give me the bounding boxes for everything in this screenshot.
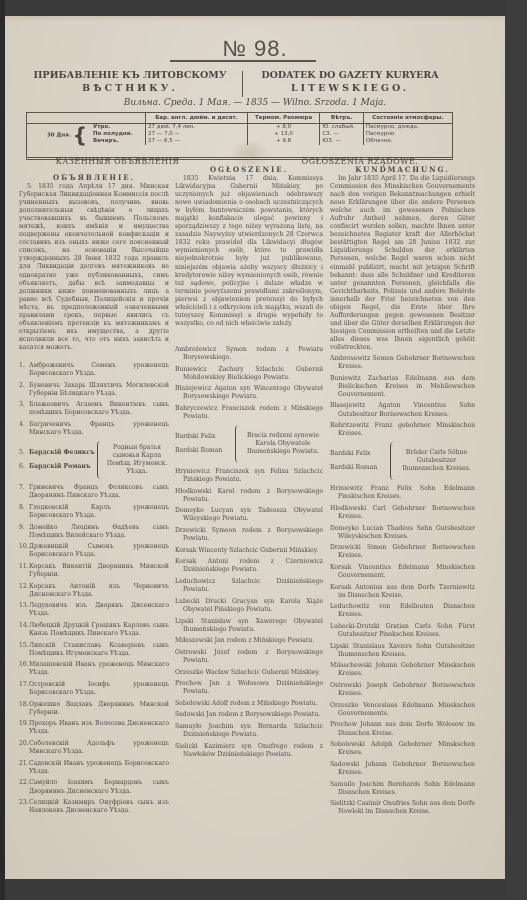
brace <box>97 441 102 479</box>
weather-barometer: 27 дюй. 7,4 лин. <box>146 124 248 132</box>
masthead-polish: DODATEK DO GAZETY KURYERA LITEWSKIEGO. <box>250 69 450 95</box>
list-item: 20.Соболевскій Адольфъ уроженецъ Минскаг… <box>19 740 169 756</box>
weather-thermometer: + 8,0 <box>247 124 320 132</box>
weather-row: По полудни. 27 — 7,0 — + 13,0 СЗ. — Пасм… <box>27 131 452 138</box>
list-item: Lipski Stanislaus Xaviers Sohn Gutsbesit… <box>330 643 475 659</box>
list-item: 6.Бардскій Романъ <box>19 463 97 471</box>
list-item: Hryniewicz Franciszek syn Felixa Szlachc… <box>175 468 323 484</box>
weather-table: Бар. англ. дюйм. и десят. Термом. Реомюр… <box>26 112 453 160</box>
brothers-note: Родныя братья сыновья Карла Помѣщ. Игуме… <box>105 444 169 476</box>
weather-header-time <box>91 113 146 124</box>
list-item: Bahryczewicz Franciszek rodem z Mińskieg… <box>175 405 323 421</box>
weather-state: Пасмурно. <box>363 131 452 138</box>
weather-wind: ЮЗ. — <box>320 138 364 145</box>
announcement-text: 1835 Kwietnia 17 dnia. Kommissya Likwida… <box>175 175 323 328</box>
masthead-ru-line2: ВѢСТНИКУ. <box>25 82 235 95</box>
brothers-entry: 5.Бардскій Феликсъ 6.Бардскій Романъ Род… <box>19 441 169 479</box>
list-item: 7.Гриневичъ Францъ Феликсовъ сынъ Дворян… <box>19 484 169 500</box>
list-item: Lubecki Drucki Gracyan syn Karola Xiąże … <box>175 598 323 614</box>
list-item: Sobolewski Adolph Gebohrner Minskschen K… <box>330 741 475 757</box>
list-item: Domeyko Lucian Thadeus Sohn Gutsbesitzer… <box>330 525 475 541</box>
list-item: 8.Глодковскій Карлъ уроженецъ Борисовска… <box>19 504 169 520</box>
newspaper-page: № 98. ПРИБАВЛЕНІЕ КЪ ЛИТОВСКОМУ ВѢСТНИКУ… <box>5 16 505 879</box>
list-item: 1.Амброжевичъ Семенъ уроженецъ Борисовск… <box>19 362 169 378</box>
list-item: Ostrowski Joseph Gebohrner Borisowschen … <box>330 682 475 698</box>
list-item: Korsak Antoni rodem z Czerniewicz Dziśni… <box>175 558 323 574</box>
list-item: Ostrowski Józef rodem z Borysowskiego Po… <box>175 649 323 665</box>
brothers-note: Brüder Carls Söhne Gutsbesitzer Ihumensc… <box>398 449 475 473</box>
list-item: 17.Островскій Іосифъ уроженецъ Борисовск… <box>19 681 169 697</box>
weather-barometer: 27 — 6,5 — <box>146 138 248 145</box>
list-item: Hłodkowski Karol rodem z Borysowskiego P… <box>175 488 323 504</box>
list-item: 21.Садовскій Иванъ уроженецъ Борисовскаг… <box>19 760 169 776</box>
list-item: Sielicki Kazimierz syn Onufrego rodem z … <box>175 743 323 759</box>
list-item: 3.Блажеевичъ Агаѳонъ Викентіевъ сынъ пом… <box>19 401 169 417</box>
brace <box>390 442 395 480</box>
list-item: Ambrosewitz Semen Gebohrner Borisowschen… <box>330 355 475 371</box>
masthead-rule <box>170 60 316 62</box>
list-item: Drzewicki Symeon rodem z Borysowskiego P… <box>175 527 323 543</box>
weather-wind: Ю. слабый. <box>320 124 364 132</box>
list-item: Blasejewitz Agaton Vincentius Sohn Gutsb… <box>330 402 475 418</box>
weather-time: По полудни. <box>91 131 146 138</box>
list-item: Domeyko Lucyan syn Tadeusza Obywatel Wil… <box>175 507 323 523</box>
list-item: Orzeszko Wacław Szlachcic Gubernii Mińsk… <box>175 669 323 677</box>
list-item: 15.Липскій Станиславъ Ксаверіевъ сынъ По… <box>19 642 169 658</box>
weather-time: Утро. <box>91 124 146 132</box>
list-item: 18.Оржешко Вацлавъ Дворянинъ Минской Губ… <box>19 701 169 717</box>
list-item: 19.Прохоръ Иванъ изъ Волосова Дисненскаг… <box>19 720 169 736</box>
names-list: 1.Амброжевичъ Семенъ уроженецъ Борисовск… <box>19 362 169 815</box>
weather-row: Вечеръ. 27 — 6,5 — + 9,8 ЮЗ. — Облачно. <box>27 138 452 145</box>
list-item: Hlodkowski Carl Gebohrner Borisowschen K… <box>330 505 475 521</box>
list-item: Bahritzewitz Franz gebohrner Minskischen… <box>330 422 475 438</box>
list-item: Leduchowitz von Edelleuten Disnschen Kre… <box>330 603 475 619</box>
brothers-entry: Bardski Felix Bardski Roman Brüder Carls… <box>330 442 475 480</box>
list-item: Sielitzki Casimir Onufries Sohn aus dem … <box>330 800 475 816</box>
issue-number: № 98. <box>5 36 505 62</box>
scan-frame-right <box>505 0 527 900</box>
weather-time: Вечеръ. <box>91 138 146 145</box>
list-item: Bardski Felix <box>330 450 390 458</box>
list-item: Buniewitz Zacharias Edelmann aus dem Bie… <box>330 375 475 399</box>
list-item: Lubecki-Drutzki Gratian Carls Sohn Fürst… <box>330 623 475 639</box>
column-german: KUNDMACHUNG. Im Jahr 1835 April 17. Da d… <box>330 165 475 820</box>
weather-header-barometer: Бар. англ. дюйм. и десят. <box>146 113 248 124</box>
list-item: 16.Милашевскій Иванъ уроженецъ Минскаго … <box>19 661 169 677</box>
list-item: Korsak Wincenty Szlachcic Gubernii Mińsk… <box>175 547 323 555</box>
list-item: 12.Корсакъ Антоній изъ Черневичъ Дисненс… <box>19 583 169 599</box>
list-item: 2.Буневичъ Захарь Шляхтичъ Могилевской Г… <box>19 382 169 398</box>
masthead-pl-line2: LITEWSKIEGO. <box>250 82 450 95</box>
list-item: Sadowski Johann Gebohrner Borisowschen K… <box>330 761 475 777</box>
list-item: Prochow Jan z Wołosowa Dziśnieńskiego Po… <box>175 680 323 696</box>
list-item: Sadowski Jan rodem z Borysowskiego Powia… <box>175 711 323 719</box>
weather-state: Облачно. <box>363 138 452 145</box>
announcement-text: Im Jahr 1835 April 17. Da die Liquidieru… <box>330 175 475 352</box>
list-item: Lipski Stanisław syn Xawerego Obywatel I… <box>175 618 323 634</box>
list-item: Bardski Roman <box>330 464 390 472</box>
weather-thermometer: + 13,0 <box>247 131 320 138</box>
list-item: Bardski Roman <box>175 447 235 455</box>
column-polish: OGŁOSZENIE. 1835 Kwietnia 17 dnia. Kommi… <box>175 165 323 763</box>
masthead-russian: ПРИБАВЛЕНІЕ КЪ ЛИТОВСКОМУ ВѢСТНИКУ. <box>25 69 235 95</box>
list-item: 10.Држевицкій Сымонъ уроженецъ Борисовск… <box>19 543 169 559</box>
list-item: 23.Селицкій Казимиръ Онуфріевъ сынъ изъ … <box>19 799 169 815</box>
masthead-divider <box>242 71 243 97</box>
list-item: Milaschewski Johann Gebohrner Minskschen… <box>330 662 475 678</box>
list-item: Samuilo Joachim Bernhards Sohn Edelmann … <box>330 781 475 797</box>
column-heading: KUNDMACHUNG. <box>330 165 475 174</box>
weather-barometer: 27 — 7,0 — <box>146 131 248 138</box>
list-item: Korsak Antonius aus dem Dorfe Tzerniewit… <box>330 584 475 600</box>
list-item: Miłaszewski Jan rodem z Mińskiego Powiat… <box>175 637 323 645</box>
column-heading: ОБЪЯВЛЕНІЕ. <box>19 173 169 182</box>
weather-row: 30 Дня. { Утро. 27 дюй. 7,4 лин. + 8,0 Ю… <box>27 124 452 132</box>
weather-thermometer: + 9,8 <box>247 138 320 145</box>
list-item: Buniewicz Zachary Szlachcic Gubernii Moh… <box>175 366 323 382</box>
masthead-ru-line1: ПРИБАВЛЕНІЕ КЪ ЛИТОВСКОМУ <box>25 69 235 82</box>
list-item: Drzewicki Simon Gebohrner Borisowschen K… <box>330 544 475 560</box>
list-item: Orzeszko Venceslaus Edelmann Minskschen … <box>330 702 475 718</box>
list-item: Leduchowicz Szlachcic Dziśnieńskiego Pow… <box>175 578 323 594</box>
list-item: Korsak Vincentius Edelmann Minskischen G… <box>330 564 475 580</box>
names-list: Ambrożewicz Symon rodem z Powiatu Boryso… <box>175 346 323 759</box>
list-item: 5.Бардскій Феликсъ <box>19 449 97 457</box>
column-heading: OGŁOSZENIE. <box>175 165 323 174</box>
column-russian: ОБЪЯВЛЕНІЕ. 5. 1835 года Апрѣля 17 дня. … <box>19 165 169 819</box>
list-item: Prochow Johann aus dem Dorfe Wolosow im … <box>330 721 475 737</box>
weather-header-thermometer: Термом. Реомюра <box>247 113 320 124</box>
dateline: Вильна. Среда. 1 Мая. — 1835 — Wilno. Sr… <box>5 98 505 108</box>
announcement-text: 5. 1835 года Апрѣля 17 дня. Минская Губе… <box>19 183 169 352</box>
weather-wind: СЗ. — <box>320 131 364 138</box>
list-item: Hriniewitz Franz Felix Sohn Edelmann Pin… <box>330 485 475 501</box>
list-item: 14.Любецкій Друцкій Граціянъ Карловъ сын… <box>19 622 169 638</box>
list-item: 4.Багричевичъ Францъ уроженецъ Минскаго … <box>19 421 169 437</box>
list-item: 11.Корсакъ Викентій Дворянинъ Минской Гу… <box>19 563 169 579</box>
brothers-note: Bracia rodzeni synowie Karola Obywatele … <box>243 432 323 456</box>
list-item: Błażejewicz Agaton syn Wincentego Obywat… <box>175 385 323 401</box>
list-item: Ambrożewicz Symon rodem z Powiatu Boryso… <box>175 346 323 362</box>
masthead-pl-line1: DODATEK DO GAZETY KURYERA <box>250 69 450 82</box>
list-item: Sobolewski Adolf rodem z Mińskiego Powia… <box>175 700 323 708</box>
paper-stain <box>5 16 505 22</box>
brothers-entry: Bardski Felix Bardski Roman Bracia rodze… <box>175 425 323 463</box>
weather-day: 30 Дня. { <box>27 124 91 146</box>
list-item: 22.Самуйло Іоахимъ Бернардовъ сынъ Дворя… <box>19 779 169 795</box>
weather-header-wind: Вѣтръ. <box>320 113 364 124</box>
weather-state: Пасмурно, дождь. <box>363 124 452 132</box>
list-item: Samuyło Joachim syn Bernarda Szlachcic D… <box>175 723 323 739</box>
list-item: 13.Ледуховичъ изъ Дворянъ Дисенскаго Уѣз… <box>19 602 169 618</box>
list-item: 9.Домейко Люціянъ Ѳадѣевъ сынъ Помѣщикъ … <box>19 524 169 540</box>
list-item: Bardski Felix <box>175 433 235 441</box>
names-list: Ambrosewitz Semen Gebohrner Borisowschen… <box>330 355 475 816</box>
weather-header-atmosphere: Состояніе атмосферы. <box>363 113 452 124</box>
brace <box>235 425 240 463</box>
